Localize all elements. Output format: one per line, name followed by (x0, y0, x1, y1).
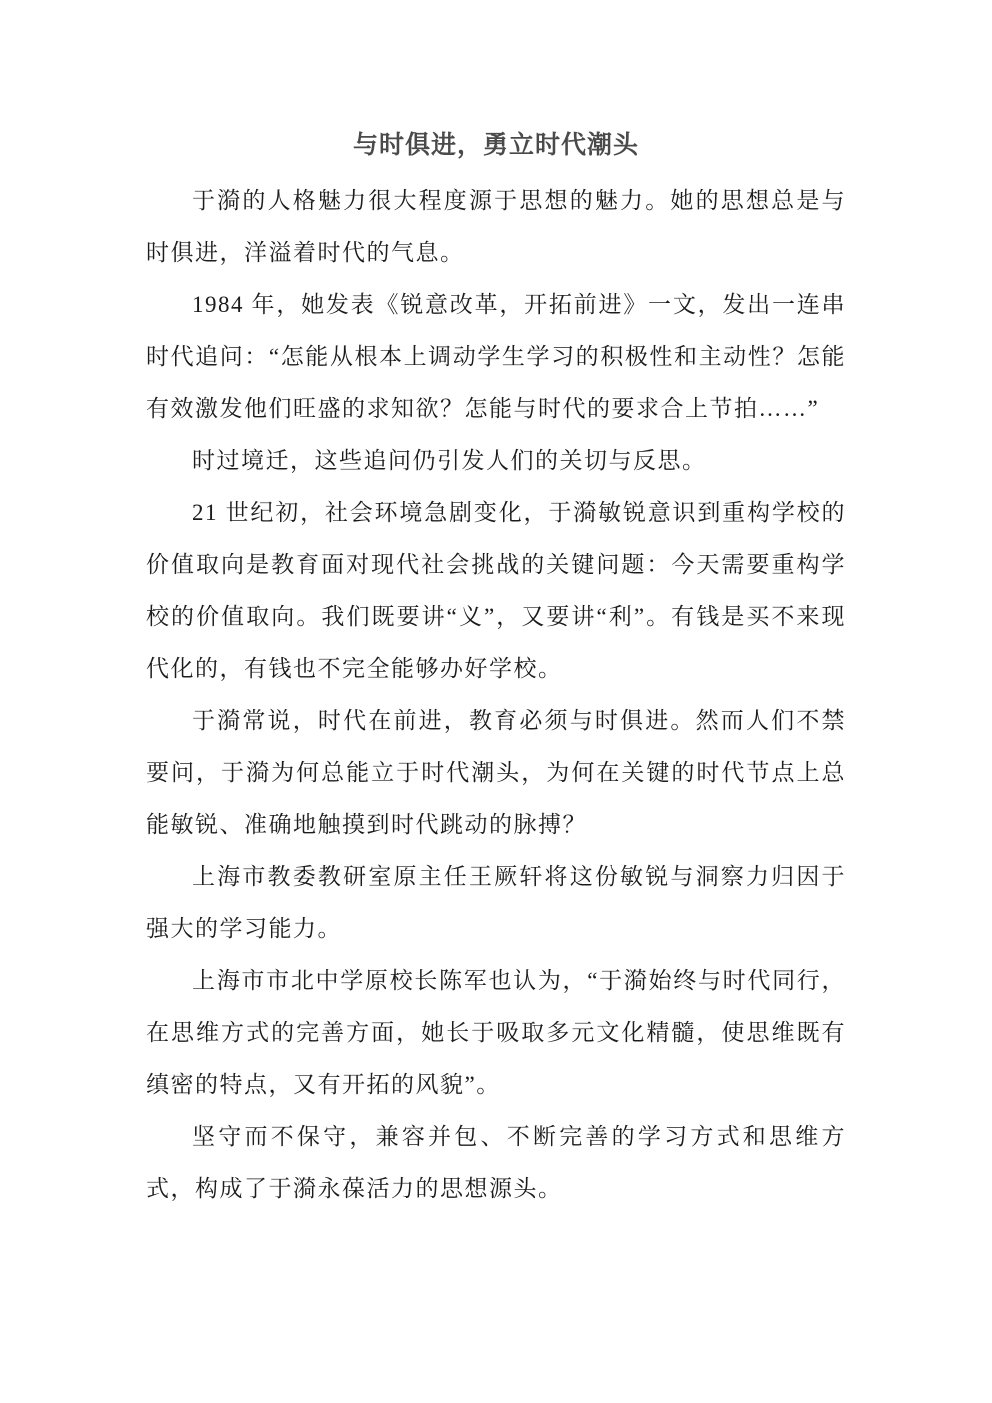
document-title: 与时俱进，勇立时代潮头 (146, 125, 846, 165)
paragraph-2: 1984 年，她发表《锐意改革，开拓前进》一文，发出一连串时代追问：“怎能从根本… (146, 279, 846, 435)
paragraph-1: 于漪的人格魅力很大程度源于思想的魅力。她的思想总是与时俱进，洋溢着时代的气息。 (146, 175, 846, 279)
paragraph-7: 上海市市北中学原校长陈军也认为，“于漪始终与时代同行，在思维方式的完善方面，她长… (146, 955, 846, 1111)
paragraph-8: 坚守而不保守，兼容并包、不断完善的学习方式和思维方式，构成了于漪永葆活力的思想源… (146, 1111, 846, 1215)
paragraph-3: 时过境迁，这些追问仍引发人们的关切与反思。 (146, 435, 846, 487)
paragraph-4: 21 世纪初，社会环境急剧变化，于漪敏锐意识到重构学校的价值取向是教育面对现代社… (146, 487, 846, 695)
document-content: 与时俱进，勇立时代潮头 于漪的人格魅力很大程度源于思想的魅力。她的思想总是与时俱… (0, 0, 992, 1215)
paragraph-5: 于漪常说，时代在前进，教育必须与时俱进。然而人们不禁要问，于漪为何总能立于时代潮… (146, 695, 846, 851)
paragraph-6: 上海市教委教研室原主任王厥轩将这份敏锐与洞察力归因于强大的学习能力。 (146, 851, 846, 955)
document-page: 与时俱进，勇立时代潮头 于漪的人格魅力很大程度源于思想的魅力。她的思想总是与时俱… (0, 0, 992, 1403)
